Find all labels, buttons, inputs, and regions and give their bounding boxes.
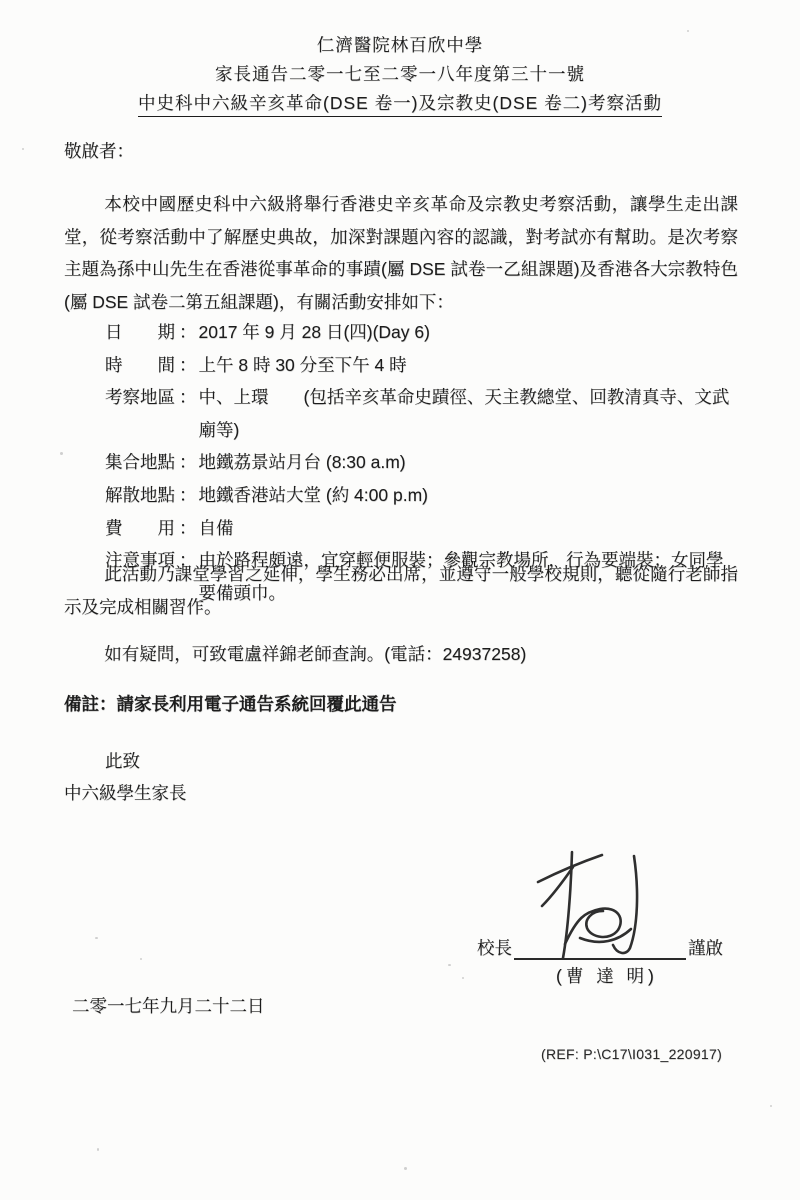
scan-speckle — [95, 937, 98, 939]
notice-subject: 中史科中六級辛亥革命(DSE 卷一)及宗教史(DSE 卷二)考察活動 — [138, 93, 662, 117]
detail-value: 地鐵荔景站月台 (8:30 a.m) — [199, 446, 740, 479]
closing-recipient: 中六級學生家長 — [64, 780, 187, 805]
detail-colon: ： — [175, 381, 199, 414]
notice-number: 家長通告二零一七至二零一八年度第三十一號 — [0, 60, 800, 89]
principal-name: (曹 達 明) — [556, 963, 658, 988]
detail-row-assembly: 集合地點 ： 地鐵荔景站月台 (8:30 a.m) — [105, 446, 739, 479]
detail-label: 集合地點 — [105, 446, 175, 479]
detail-row-date: 日 期 ： 2017 年 9 月 28 日(四)(Day 6) — [105, 316, 739, 349]
enquiry-paragraph: 如有疑問，可致電盧祥錦老師查詢。(電話：24937258) — [64, 638, 738, 671]
detail-colon: ： — [175, 316, 199, 349]
e-notice-note: 備註：請家長利用電子通告系統回覆此通告 — [64, 691, 397, 716]
detail-label: 日 期 — [105, 316, 175, 349]
scanned-notice-page: 仁濟醫院林百欣中學 家長通告二零一七至二零一八年度第三十一號 中史科中六級辛亥革… — [0, 0, 800, 1200]
detail-row-time: 時 間 ： 上午 8 時 30 分至下午 4 時 — [105, 349, 739, 382]
scan-speckle — [140, 958, 142, 960]
signature-prefix: 校長 — [477, 935, 512, 960]
signature-suffix: 謹啟 — [688, 935, 723, 960]
school-name: 仁濟醫院林百欣中學 — [0, 31, 800, 60]
detail-value: 上午 8 時 30 分至下午 4 時 — [199, 349, 740, 382]
detail-value: 中、上環 (包括辛亥革命史蹟徑、天主教總堂、回教清真寺、文武廟等) — [199, 381, 740, 446]
detail-colon: ： — [175, 446, 199, 479]
closing-this-to: 此致 — [105, 748, 140, 773]
notice-subject-line: 中史科中六級辛亥革命(DSE 卷一)及宗教史(DSE 卷二)考察活動 — [0, 89, 800, 118]
detail-label: 解散地點 — [105, 479, 175, 512]
issue-date: 二零一七年九月二十二日 — [72, 993, 265, 1018]
salutation: 敬啟者： — [64, 138, 134, 163]
scan-speckle — [22, 148, 24, 150]
detail-label: 考察地區 — [105, 381, 175, 414]
detail-value: 2017 年 9 月 28 日(四)(Day 6) — [199, 316, 740, 349]
scan-speckle — [404, 1167, 407, 1170]
detail-colon: ： — [175, 349, 199, 382]
signature-underline — [514, 930, 686, 960]
detail-value: 自備 — [199, 512, 740, 545]
scan-speckle — [97, 1148, 99, 1151]
intro-paragraph: 本校中國歷史科中六級將舉行香港史辛亥革命及宗教史考察活動，讓學生走出課堂，從考察… — [64, 188, 738, 319]
scan-speckle — [770, 1105, 772, 1107]
reminder-paragraph: 此活動乃課堂學習之延伸，學生務必出席，並遵守一般學校規則，聽從隨行老師指示及完成… — [64, 558, 738, 623]
detail-label: 時 間 — [105, 349, 175, 382]
detail-colon: ： — [175, 479, 199, 512]
scan-speckle — [462, 977, 464, 979]
detail-colon: ： — [175, 512, 199, 545]
scan-speckle — [687, 30, 689, 32]
detail-row-area: 考察地區 ： 中、上環 (包括辛亥革命史蹟徑、天主教總堂、回教清真寺、文武廟等) — [105, 381, 739, 446]
detail-row-dismissal: 解散地點 ： 地鐵香港站大堂 (約 4:00 p.m) — [105, 479, 739, 512]
reference-code: (REF: P:\C17\I031_220917) — [541, 1046, 722, 1062]
detail-row-fee: 費 用 ： 自備 — [105, 512, 739, 545]
scan-speckle — [60, 452, 63, 455]
scan-speckle — [448, 964, 451, 966]
signature-line-row: 校長 謹啟 — [477, 930, 723, 960]
detail-value: 地鐵香港站大堂 (約 4:00 p.m) — [199, 479, 740, 512]
detail-label: 費 用 — [105, 512, 175, 545]
